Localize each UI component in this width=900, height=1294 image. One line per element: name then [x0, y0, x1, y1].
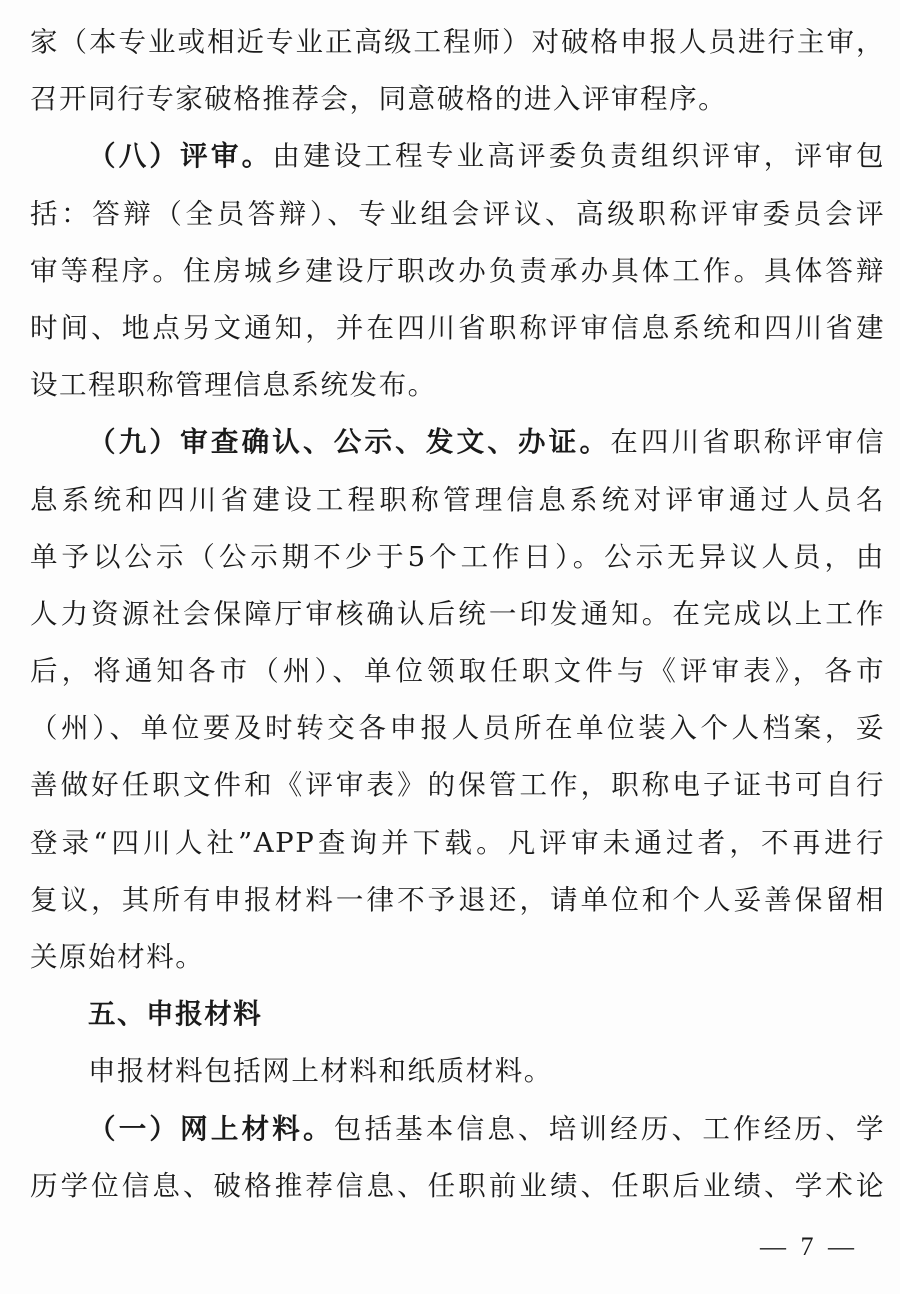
paragraph-line: 时间、地点另文通知，并在四川省职称评审信息系统和四川省建 — [30, 300, 885, 357]
paragraph-line: 复议，其所有申报材料一律不予退还，请单位和个人妥善保留相 — [30, 872, 885, 929]
paragraph-line: 历学位信息、破格推荐信息、任职前业绩、任职后业绩、学术论 — [30, 1158, 885, 1215]
section-9-text: 在四川省职称评审信 — [610, 426, 885, 458]
section-9-first-line: （九）审查确认、公示、发文、办证。在四川省职称评审信 — [30, 414, 885, 471]
paragraph-line: 召开同行专家破格推荐会，同意破格的进入评审程序。 — [30, 71, 885, 128]
section-5-intro: 申报材料包括网上材料和纸质材料。 — [30, 1043, 885, 1100]
paragraph-line: 登录“四川人社”APP查询并下载。凡评审未通过者，不再进行 — [30, 815, 885, 872]
paragraph-line: 单予以公示（公示期不少于5个工作日）。公示无异议人员，由 — [30, 529, 885, 586]
paragraph-line: 人力资源社会保障厅审核确认后统一印发通知。在完成以上工作 — [30, 586, 885, 643]
paragraph-line: （州）、单位要及时转交各申报人员所在单位装入个人档案，妥 — [30, 700, 885, 757]
paragraph-line: 家（本专业或相近专业正高级工程师）对破格申报人员进行主审， — [30, 14, 885, 71]
document-page: 家（本专业或相近专业正高级工程师）对破格申报人员进行主审， 召开同行专家破格推荐… — [30, 14, 885, 1215]
section-5-heading: 五、申报材料 — [30, 986, 885, 1043]
section-5-1-first-line: （一）网上材料。包括基本信息、培训经历、工作经历、学 — [30, 1101, 885, 1158]
paragraph-line: 审等程序。住房城乡建设厅职改办负责承办具体工作。具体答辩 — [30, 243, 885, 300]
section-8-text: 由建设工程专业高评委负责组织评审，评审包 — [272, 140, 885, 172]
section-8-label: （八）评审。 — [88, 140, 272, 172]
paragraph-line: 息系统和四川省建设工程职称管理信息系统对评审通过人员名 — [30, 472, 885, 529]
paragraph-line: 善做好任职文件和《评审表》的保管工作，职称电子证书可自行 — [30, 757, 885, 814]
paragraph-line: 后，将通知各市（州）、单位领取任职文件与《评审表》，各市 — [30, 643, 885, 700]
section-5-1-label: （一）网上材料。 — [88, 1113, 334, 1145]
section-8-first-line: （八）评审。由建设工程专业高评委负责组织评审，评审包 — [30, 128, 885, 185]
paragraph-line: 关原始材料。 — [30, 929, 885, 986]
paragraph-line: 括：答辩（全员答辩）、专业组会评议、高级职称评审委员会评 — [30, 186, 885, 243]
section-9-label: （九）审查确认、公示、发文、办证。 — [88, 426, 610, 458]
page-number: — 7 — — [760, 1232, 858, 1262]
section-5-1-text: 包括基本信息、培训经历、工作经历、学 — [334, 1113, 885, 1145]
paragraph-line: 设工程职称管理信息系统发布。 — [30, 357, 885, 414]
